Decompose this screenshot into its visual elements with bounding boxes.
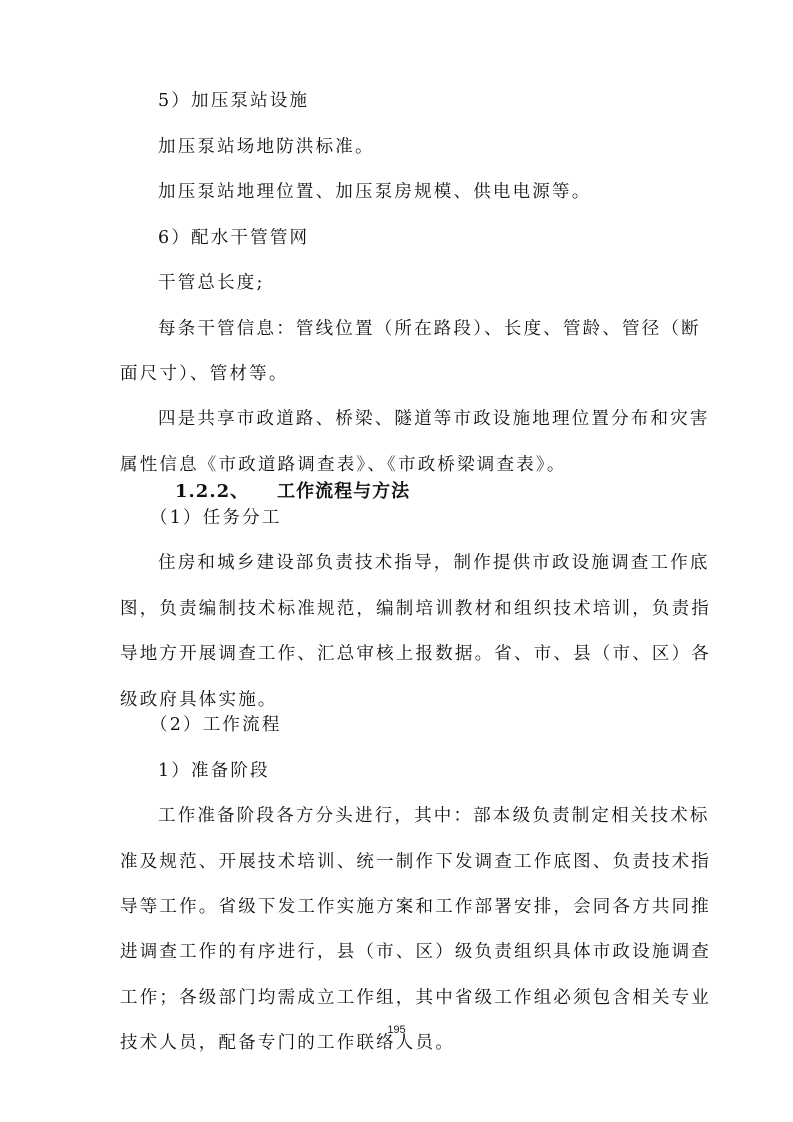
text-line: 图，负责编制技术标准规范，编制培训教材和组织技术培训，负责指 bbox=[120, 598, 711, 620]
section-heading: 1.2.2、工作流程与方法 bbox=[175, 481, 410, 503]
text-line: 1）准备阶段 bbox=[158, 760, 270, 782]
text-line: 进调查工作的有序进行，县（市、区）级负责组织具体市政设施调查 bbox=[120, 941, 711, 963]
text-line: 每条干管信息：管线位置（所在路段）、长度、管龄、管径（断 bbox=[158, 318, 701, 340]
text-line: 加压泵站场地防洪标准。 bbox=[158, 136, 375, 158]
text-line: 工作准备阶段各方分头进行，其中：部本级负责制定相关技术标 bbox=[158, 805, 710, 827]
text-line: （2）工作流程 bbox=[150, 714, 282, 736]
text-line: 6）配水干管管网 bbox=[158, 227, 309, 249]
text-line: 5）加压泵站设施 bbox=[158, 90, 309, 112]
text-line: 面尺寸）、管材等。 bbox=[120, 363, 289, 385]
text-line: 级政府具体实施。 bbox=[120, 689, 278, 711]
text-line: 干管总长度; bbox=[158, 272, 265, 294]
text-line: （1）任务分工 bbox=[150, 507, 282, 529]
section-title: 工作流程与方法 bbox=[277, 481, 410, 502]
text-line: 准及规范、开展技术培训、统一制作下发调查工作底图、负责技术指 bbox=[120, 851, 711, 873]
text-line: 工作；各级部门均需成立工作组，其中省级工作组必须包含相关专业 bbox=[120, 987, 711, 1009]
text-line: 住房和城乡建设部负责技术指导，制作提供市政设施调查工作底 bbox=[158, 552, 710, 574]
text-line: 加压泵站地理位置、加压泵房规模、供电电源等。 bbox=[158, 181, 591, 203]
text-line: 导地方开展调查工作、汇总审核上报数据。省、市、县（市、区）各 bbox=[120, 643, 711, 665]
text-line: 属性信息《市政道路调查表》、《市政桥梁调查表》。 bbox=[120, 454, 567, 476]
text-line: 四是共享市政道路、桥梁、隧道等市政设施地理位置分布和灾害 bbox=[158, 408, 710, 430]
text-line: 导等工作。省级下发工作实施方案和工作部署安排，会同各方共同推 bbox=[120, 896, 711, 918]
section-number: 1.2.2、 bbox=[175, 481, 249, 502]
page-number: 195 bbox=[0, 1024, 793, 1036]
